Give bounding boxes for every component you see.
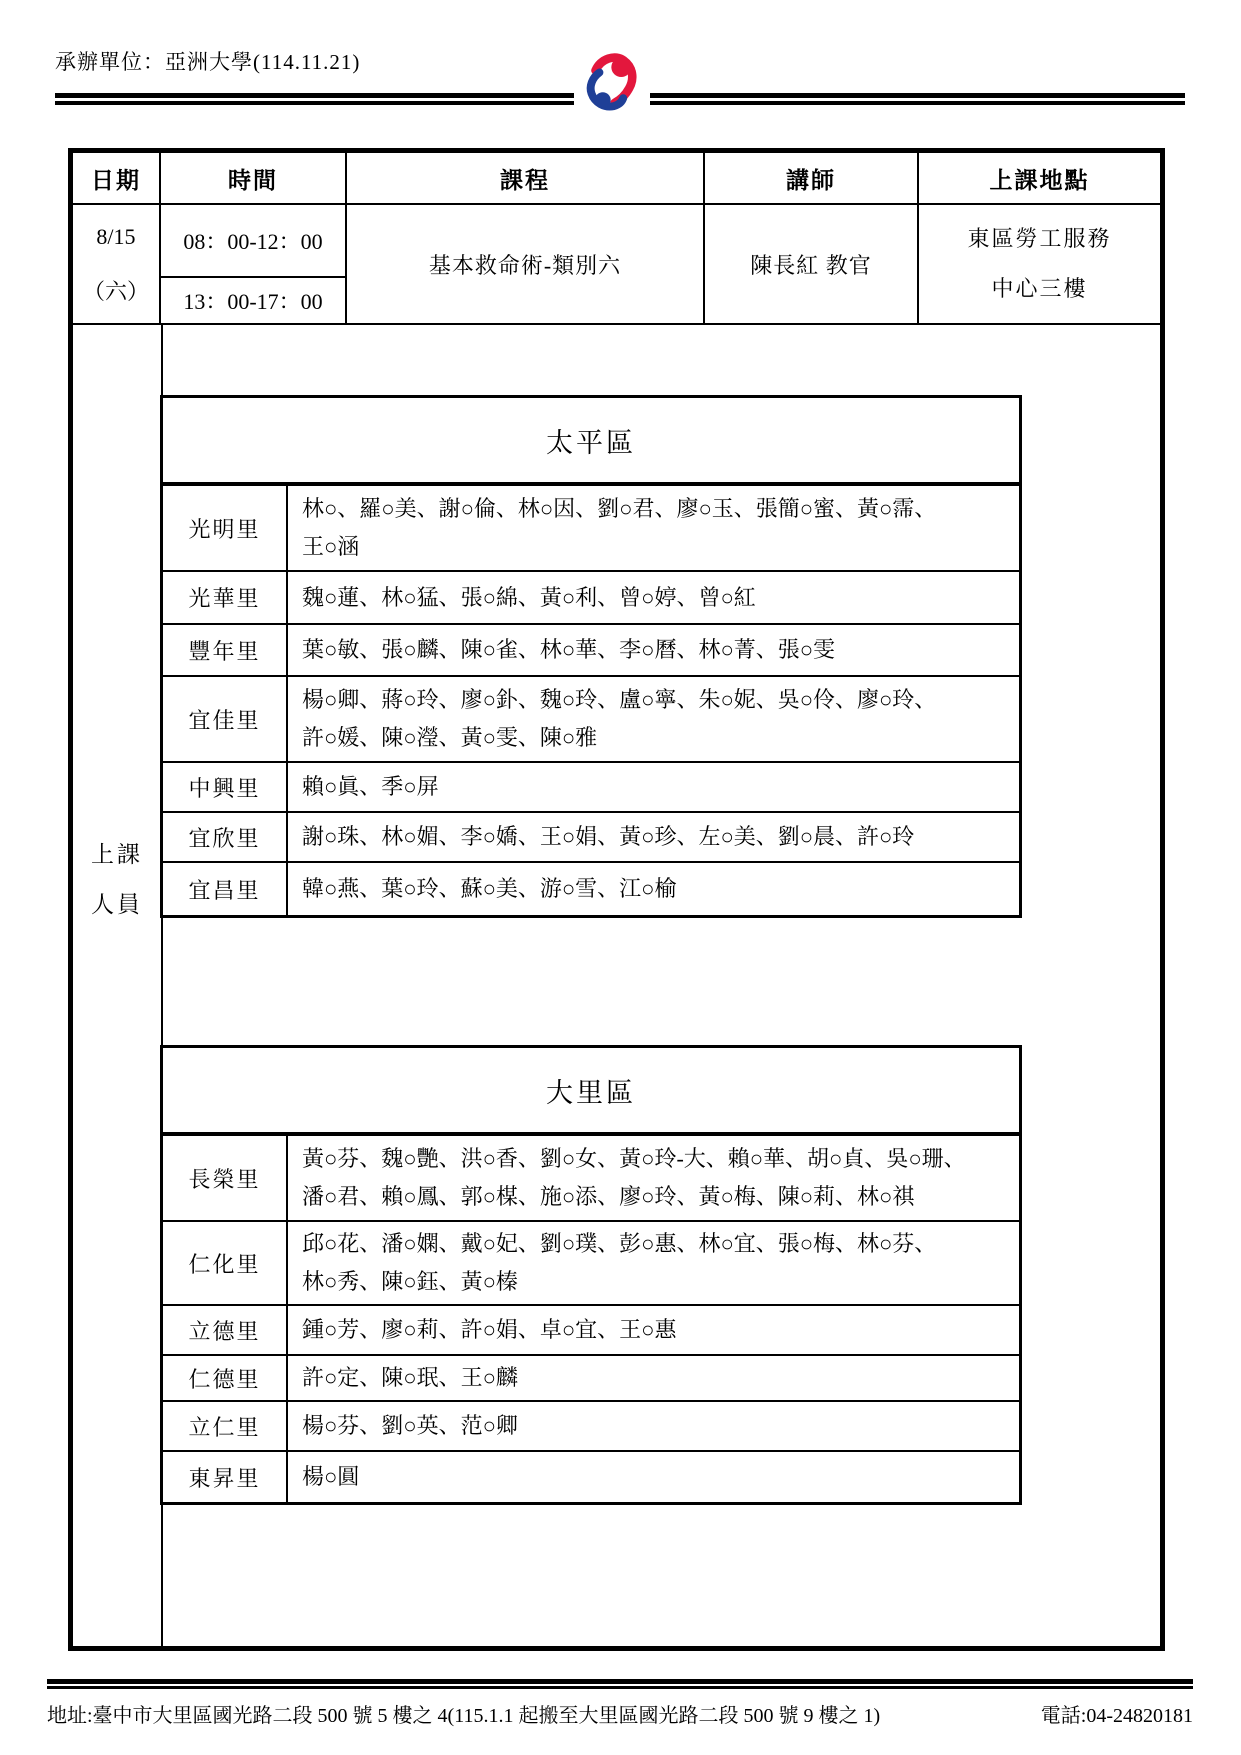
village-attendees: 謝○珠、林○媚、李○嬌、王○娟、黃○珍、左○美、劉○晨、許○玲	[288, 813, 1019, 861]
village-row: 光華里 魏○蓮、林○猛、張○綿、黃○利、曾○婷、曾○紅	[163, 572, 1019, 625]
footer-address: 地址:臺中市大里區國光路二段 500 號 5 樓之 4(115.1.1 起搬至大…	[47, 1699, 880, 1728]
village-name: 中興里	[163, 763, 288, 811]
date-cell: 8/15 （六）	[73, 205, 161, 323]
village-name: 宜昌里	[163, 863, 288, 915]
instructor-cell: 陳長紅 教官	[705, 205, 919, 323]
village-row: 中興里 賴○眞、季○屏	[163, 763, 1019, 813]
village-row: 宜佳里 楊○卿、蔣○玲、廖○釙、魏○玲、盧○寧、朱○妮、吳○伶、廖○玲、 許○媛…	[163, 677, 1019, 763]
village-name: 立德里	[163, 1306, 288, 1354]
village-attendees: 賴○眞、季○屏	[288, 763, 1019, 811]
village-name: 光華里	[163, 572, 288, 623]
time-morning: 08：00-12：00	[161, 205, 345, 278]
village-row: 立德里 鍾○芳、廖○莉、許○娟、卓○宜、王○惠	[163, 1306, 1019, 1356]
footer-phone: 電話:04-24820181	[1041, 1699, 1193, 1728]
village-attendees: 鍾○芳、廖○莉、許○娟、卓○宜、王○惠	[288, 1306, 1019, 1354]
schedule-table: 日期 時間 課程 講師 上課地點 8/15 （六） 08：00-12：00 13…	[68, 148, 1165, 1651]
village-attendees: 魏○蓮、林○猛、張○綿、黃○利、曾○婷、曾○紅	[288, 572, 1019, 623]
village-row: 光明里 林○、羅○美、謝○倫、林○因、劉○君、廖○玉、張簡○蜜、黃○霈、 王○涵	[163, 486, 1019, 572]
village-attendees: 邱○花、潘○嫻、戴○妃、劉○璞、彭○惠、林○宜、張○梅、林○芬、 林○秀、陳○鈺…	[288, 1222, 1019, 1304]
course-cell: 基本救命術-類別六	[347, 205, 705, 323]
schedule-header-row: 日期 時間 課程 講師 上課地點	[73, 153, 1160, 205]
col-header-instructor: 講師	[705, 153, 919, 203]
village-name: 宜欣里	[163, 813, 288, 861]
organizer-line: 承辦單位：亞洲大學(114.11.21)	[55, 46, 360, 76]
village-name: 東昇里	[163, 1452, 288, 1502]
village-attendees: 許○定、陳○珉、王○麟	[288, 1356, 1019, 1400]
village-name: 仁德里	[163, 1356, 288, 1400]
location-cell: 東區勞工服務 中心三樓	[919, 205, 1160, 323]
footer-double-rule	[47, 1679, 1193, 1689]
village-attendees: 楊○卿、蔣○玲、廖○釙、魏○玲、盧○寧、朱○妮、吳○伶、廖○玲、 許○媛、陳○瀅…	[288, 677, 1019, 761]
village-name: 宜佳里	[163, 677, 288, 761]
col-header-date: 日期	[73, 153, 161, 203]
col-header-course: 課程	[347, 153, 705, 203]
schedule-data-row: 8/15 （六） 08：00-12：00 13：00-17：00 基本救命術-類…	[73, 205, 1160, 325]
district-title: 大里區	[163, 1048, 1019, 1136]
village-name: 長榮里	[163, 1136, 288, 1220]
attendees-row: 上課 人員 太平區 光明里 林○、羅○美、謝○倫、林○因、劉○君、廖○玉、張簡○…	[73, 325, 1160, 1646]
village-name: 立仁里	[163, 1402, 288, 1450]
district-table-dali: 大里區 長榮里 黃○芬、魏○艷、洪○香、劉○女、黃○玲-大、賴○華、胡○貞、吳○…	[160, 1045, 1022, 1505]
village-attendees: 楊○芬、劉○英、范○卿	[288, 1402, 1019, 1450]
village-attendees: 楊○圓	[288, 1452, 1019, 1502]
village-name: 仁化里	[163, 1222, 288, 1304]
col-header-time: 時間	[161, 153, 347, 203]
district-table-taiping: 太平區 光明里 林○、羅○美、謝○倫、林○因、劉○君、廖○玉、張簡○蜜、黃○霈、…	[160, 395, 1022, 918]
time-afternoon: 13：00-17：00	[161, 278, 345, 323]
village-attendees: 韓○燕、葉○玲、蘇○美、游○雪、江○榆	[288, 863, 1019, 915]
time-cell: 08：00-12：00 13：00-17：00	[161, 205, 347, 323]
village-row: 仁德里 許○定、陳○珉、王○麟	[163, 1356, 1019, 1402]
village-name: 光明里	[163, 486, 288, 570]
village-row: 長榮里 黃○芬、魏○艷、洪○香、劉○女、黃○玲-大、賴○華、胡○貞、吳○珊、 潘…	[163, 1136, 1019, 1222]
village-row: 宜欣里 謝○珠、林○媚、李○嬌、王○娟、黃○珍、左○美、劉○晨、許○玲	[163, 813, 1019, 863]
footer: 地址:臺中市大里區國光路二段 500 號 5 樓之 4(115.1.1 起搬至大…	[47, 1699, 1193, 1728]
org-logo-icon	[574, 46, 650, 120]
village-attendees: 葉○敏、張○麟、陳○雀、林○華、李○曆、林○菁、張○雯	[288, 625, 1019, 675]
village-row: 仁化里 邱○花、潘○嫻、戴○妃、劉○璞、彭○惠、林○宜、張○梅、林○芬、 林○秀…	[163, 1222, 1019, 1306]
village-row: 宜昌里 韓○燕、葉○玲、蘇○美、游○雪、江○榆	[163, 863, 1019, 915]
village-row: 立仁里 楊○芬、劉○英、范○卿	[163, 1402, 1019, 1452]
village-name: 豐年里	[163, 625, 288, 675]
district-title: 太平區	[163, 398, 1019, 486]
attendees-label: 上課 人員	[73, 830, 161, 930]
document-page: 承辦單位：亞洲大學(114.11.21) 日期 時間 課程 講師 上課地點 8/…	[0, 0, 1241, 1755]
village-row: 豐年里 葉○敏、張○麟、陳○雀、林○華、李○曆、林○菁、張○雯	[163, 625, 1019, 677]
village-attendees: 林○、羅○美、謝○倫、林○因、劉○君、廖○玉、張簡○蜜、黃○霈、 王○涵	[288, 486, 1019, 570]
village-row: 東昇里 楊○圓	[163, 1452, 1019, 1502]
village-attendees: 黃○芬、魏○艷、洪○香、劉○女、黃○玲-大、賴○華、胡○貞、吳○珊、 潘○君、賴…	[288, 1136, 1019, 1220]
col-header-location: 上課地點	[919, 153, 1160, 203]
